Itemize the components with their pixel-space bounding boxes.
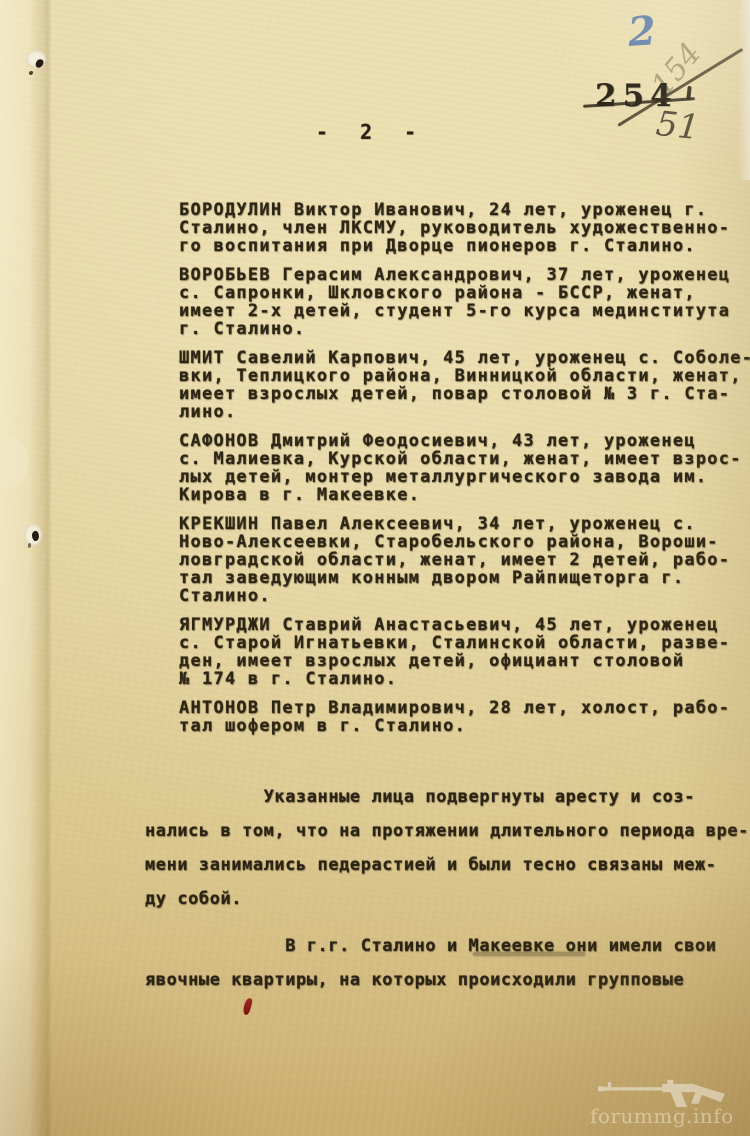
machine-gun-icon <box>598 1076 730 1110</box>
entry-shmit: ШМИТ Савелий Карпович, 45 лет, уроженец … <box>179 349 750 421</box>
handwritten-blue-number: 2 <box>626 7 657 56</box>
summary-paragraph-arrest: Указанные лица подвергнуты аресту и соз-… <box>145 780 749 916</box>
entry-vorobyev: ВОРОБЬЕВ Герасим Александрович, 37 лет, … <box>179 266 750 338</box>
typed-page-number: - 2 - <box>316 120 424 144</box>
handwritten-sheet-number: 51 <box>654 104 701 148</box>
entry-krekshin: КРЕКШИН Павел Алексеевич, 34 лет, урожен… <box>179 515 750 605</box>
paper-left-edge <box>0 0 52 1136</box>
entry-safonov: САФОНОВ Дмитрий Феодосиевич, 43 лет, уро… <box>179 432 750 504</box>
summary-paragraph-apartments: В г.г. Сталино и Макеевке они имели свои… <box>145 929 749 997</box>
summary-paragraphs: Указанные лица подвергнуты аресту и соз-… <box>145 780 749 1010</box>
entry-antonov: АНТОНОВ Петр Владимирович, 28 лет, холос… <box>179 699 750 735</box>
watermark: forummg.info <box>590 1076 750 1128</box>
paper-right-edge <box>738 0 750 180</box>
scanned-document: { "marks": { "page_header": "- 2 -", "bl… <box>0 0 750 1136</box>
entry-yagmurdzhi: ЯГМУРДЖИ Ставрий Анастасьевич, 45 лет, у… <box>179 616 750 688</box>
suspect-entries-list: БОРОДУЛИН Виктор Иванович, 24 лет, уроже… <box>179 201 750 746</box>
entry-borodulin: БОРОДУЛИН Виктор Иванович, 24 лет, уроже… <box>179 201 750 255</box>
